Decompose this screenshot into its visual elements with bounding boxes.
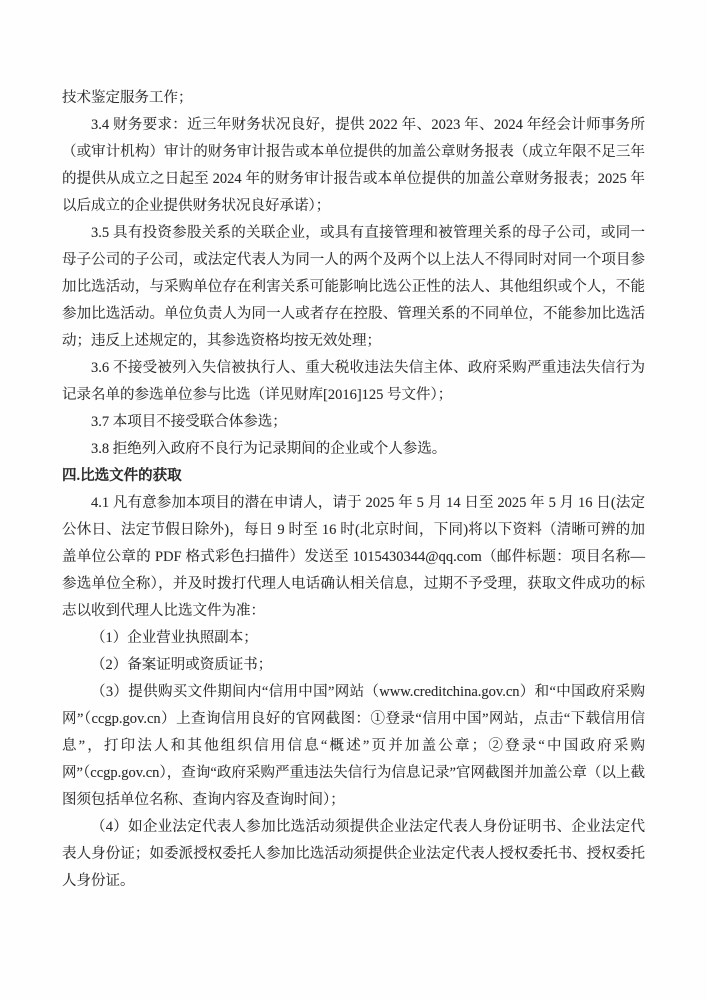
section-4-heading: 四.比选文件的获取 [62, 463, 645, 490]
clause-3-7-consortium: 3.7 本项目不接受联合体参选； [62, 409, 645, 436]
clause-3-4-finance: 3.4 财务要求：近三年财务状况良好，提供 2022 年、2023 年、2024… [62, 112, 645, 220]
item-2-certificates: （2）备案证明或资质证书； [62, 652, 645, 679]
scanned-document-page: 技术鉴定服务工作； 3.4 财务要求：近三年财务状况良好，提供 2022 年、2… [0, 0, 707, 1000]
clause-4-1-obtaining: 4.1 凡有意参加本项目的潜在申请人，请于 2025 年 5 月 14 日至 2… [62, 490, 645, 625]
clause-3-5-affiliates: 3.5 具有投资参股关系的关联企业，或具有直接管理和被管理关系的母子公司，或同一… [62, 220, 645, 355]
item-1-business-license: （1）企业营业执照副本； [62, 625, 645, 652]
item-3-credit-screenshots: （3）提供购买文件期间内“信用中国”网站（www.creditchina.gov… [62, 679, 645, 814]
clause-3-6-credit: 3.6 不接受被列入失信被执行人、重大税收违法失信主体、政府采购严重违法失信行为… [62, 355, 645, 409]
clause-3-8-bad-record: 3.8 拒绝列入政府不良行为记录期间的企业或个人参选。 [62, 436, 645, 463]
continuation-line: 技术鉴定服务工作； [62, 85, 645, 112]
item-4-representative-id: （4）如企业法定代表人参加比选活动须提供企业法定代表人身份证明书、企业法定代表人… [62, 814, 645, 895]
